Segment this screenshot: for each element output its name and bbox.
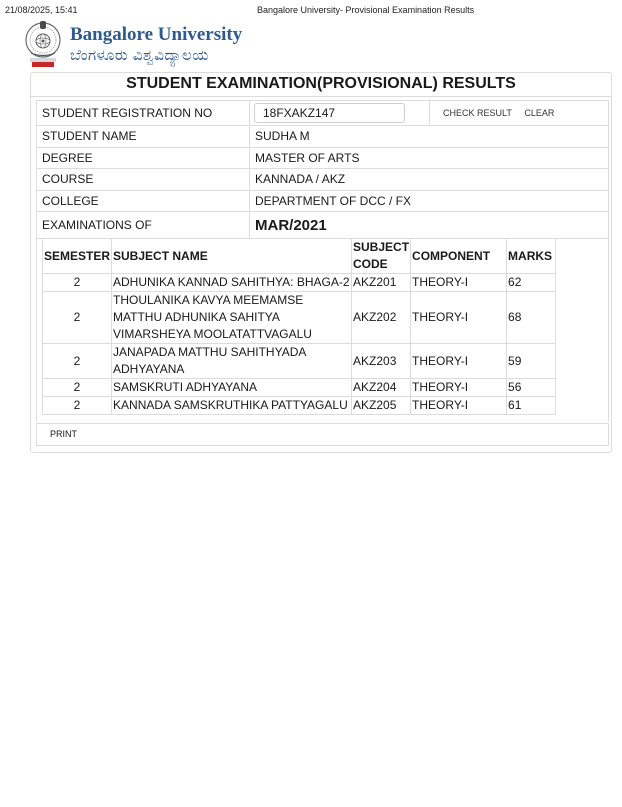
subject-code-cell: AKZ203 [352,344,411,379]
action-buttons-cell: CHECK RESULT CLEAR [430,101,609,126]
marks-table-header: SEMESTER SUBJECT NAME SUBJECT CODE COMPO… [43,239,556,274]
student-name-value: SUDHA M [250,126,609,148]
subject-name-cell: ADHUNIKA KANNAD SAHITHYA: BHAGA-2 [112,274,352,292]
header-subject-code: SUBJECT CODE [352,239,411,274]
course-row: COURSE KANNADA / AKZ [37,169,609,191]
subject-name-cell: SAMSKRUTI ADHYAYANA [112,379,352,397]
university-emblem-icon [22,20,64,68]
degree-label: DEGREE [37,147,250,169]
results-container: SEMESTER SUBJECT NAME SUBJECT CODE COMPO… [36,235,609,421]
course-value: KANNADA / AKZ [250,169,609,191]
component-cell: THEORY-I [411,274,507,292]
table-row: 2 ADHUNIKA KANNAD SAHITHYA: BHAGA-2 AKZ2… [43,274,556,292]
semester-cell: 2 [43,292,112,344]
component-cell: THEORY-I [411,344,507,379]
semester-cell: 2 [43,274,112,292]
semester-cell: 2 [43,344,112,379]
component-cell: THEORY-I [411,397,507,415]
table-row: 2 KANNADA SAMSKRUTHIKA PATTYAGALU AKZ205… [43,397,556,415]
subject-name-cell: JANAPADA MATTHU SAHITHYADA ADHYAYANA [112,344,352,379]
subject-code-cell: AKZ205 [352,397,411,415]
subject-name-cell: KANNADA SAMSKRUTHIKA PATTYAGALU [112,397,352,415]
degree-row: DEGREE MASTER OF ARTS [37,147,609,169]
college-label: COLLEGE [37,190,250,212]
registration-number-input[interactable] [254,103,405,123]
print-datetime: 21/08/2025, 15:41 [5,5,78,15]
student-name-label: STUDENT NAME [37,126,250,148]
marks-cell: 59 [507,344,556,379]
college-value: DEPARTMENT OF DCC / FX [250,190,609,212]
print-row: PRINT [36,423,609,446]
header-component: COMPONENT [411,239,507,274]
header-subject-name: SUBJECT NAME [112,239,352,274]
table-row: 2 SAMSKRUTI ADHYAYANA AKZ204 THEORY-I 56 [43,379,556,397]
student-name-row: STUDENT NAME SUDHA M [37,126,609,148]
course-label: COURSE [37,169,250,191]
subject-code-cell: AKZ201 [352,274,411,292]
degree-value: MASTER OF ARTS [250,147,609,169]
marks-cell: 56 [507,379,556,397]
print-button[interactable]: PRINT [50,429,77,439]
subject-name-cell: THOULANIKA KAVYA MEEMAMSE MATTHU ADHUNIK… [112,292,352,344]
college-row: COLLEGE DEPARTMENT OF DCC / FX [37,190,609,212]
check-result-button[interactable]: CHECK RESULT [443,108,512,118]
university-name-kannada: ಬೆಂಗಳೂರು ವಿಶ್ವವಿದ್ಯಾಲಯ [70,46,242,66]
header-marks: MARKS [507,239,556,274]
registration-row: STUDENT REGISTRATION NO CHECK RESULT CLE… [37,101,609,126]
table-row: 2 JANAPADA MATTHU SAHITHYADA ADHYAYANA A… [43,344,556,379]
document-title: Bangalore University- Provisional Examin… [257,5,474,15]
registration-label: STUDENT REGISTRATION NO [37,101,250,126]
registration-input-cell [250,101,430,126]
marks-cell: 62 [507,274,556,292]
university-name-english: Bangalore University [70,24,242,46]
student-info-table: STUDENT REGISTRATION NO CHECK RESULT CLE… [36,100,609,239]
semester-cell: 2 [43,397,112,415]
marks-table: SEMESTER SUBJECT NAME SUBJECT CODE COMPO… [42,238,556,415]
page-title: STUDENT EXAMINATION(PROVISIONAL) RESULTS [31,73,611,97]
table-row: 2 THOULANIKA KAVYA MEEMAMSE MATTHU ADHUN… [43,292,556,344]
marks-cell: 61 [507,397,556,415]
results-panel: STUDENT EXAMINATION(PROVISIONAL) RESULTS… [30,72,612,453]
subject-code-cell: AKZ204 [352,379,411,397]
component-cell: THEORY-I [411,379,507,397]
semester-cell: 2 [43,379,112,397]
subject-code-cell: AKZ202 [352,292,411,344]
clear-button[interactable]: CLEAR [524,108,554,118]
header-semester: SEMESTER [43,239,112,274]
component-cell: THEORY-I [411,292,507,344]
marks-cell: 68 [507,292,556,344]
